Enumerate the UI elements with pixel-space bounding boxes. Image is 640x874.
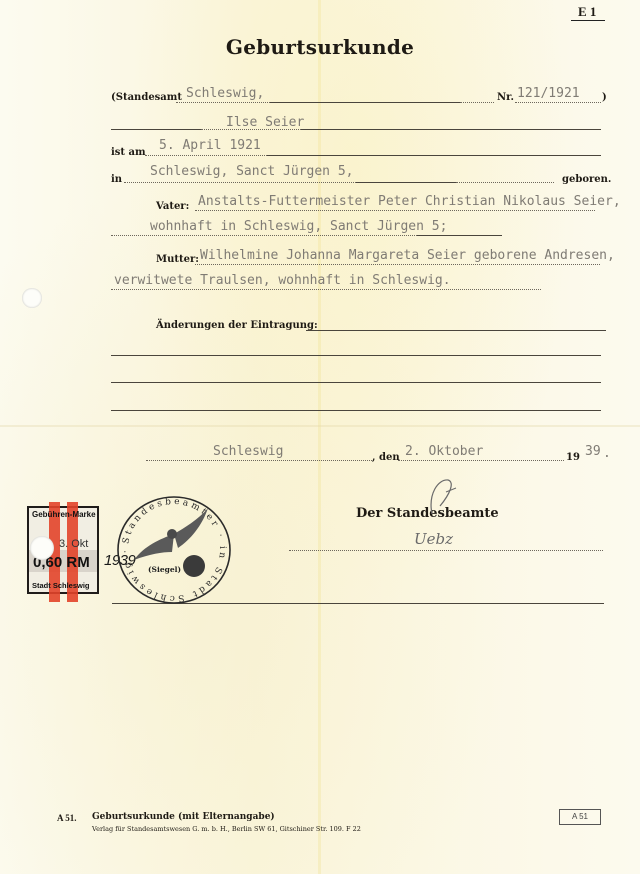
svg-text:Standesbeamter · in Stadt Schl: Standesbeamter · in Stadt Schleswig · bbox=[121, 497, 227, 603]
fee-stamp-header: Gebühren-Marke bbox=[32, 510, 96, 519]
birth-place-value: Schleswig, Sanct Jürgen 5, bbox=[150, 164, 354, 179]
official-seal-icon: Standesbeamter · in Stadt Schleswig · (S… bbox=[110, 494, 238, 606]
form-code-underline bbox=[571, 20, 605, 21]
dotted-rule bbox=[146, 460, 372, 461]
dotted-rule bbox=[460, 102, 494, 103]
child-name-value: Ilse Seier bbox=[226, 115, 304, 130]
signature-dotted-rule bbox=[289, 550, 603, 551]
fee-stamp-cancel-date: 3. Okt bbox=[59, 538, 88, 550]
footer-form-box: A 51 bbox=[559, 809, 601, 825]
dotted-rule bbox=[195, 264, 600, 265]
year-suffix-value: 39 bbox=[585, 444, 601, 459]
registry-office-value: Schleswig, bbox=[186, 86, 264, 101]
year-period: . bbox=[603, 446, 611, 461]
dotted-rule bbox=[124, 182, 356, 183]
rule bbox=[111, 382, 601, 383]
registry-label: (Standesamt bbox=[111, 92, 182, 103]
changes-label: Änderungen der Eintragung: bbox=[156, 320, 318, 331]
dotted-rule bbox=[515, 102, 601, 103]
father-label: Vater: bbox=[156, 201, 189, 212]
rule bbox=[111, 355, 601, 356]
paper-fold-vertical bbox=[318, 0, 321, 874]
issue-place-value: Schleswig bbox=[213, 444, 283, 459]
punch-hole bbox=[22, 288, 42, 308]
registry-number-value: 121/1921 bbox=[517, 86, 580, 101]
issue-date-value: 2. Oktober bbox=[405, 444, 483, 459]
signature-scrawl: Uebz bbox=[414, 530, 453, 548]
rule bbox=[306, 330, 606, 331]
dotted-rule bbox=[111, 235, 417, 236]
dotted-rule bbox=[456, 182, 554, 183]
mother-line2-value: verwitwete Traulsen, wohnhaft in Schlesw… bbox=[114, 273, 451, 288]
fee-stamp-issuer: Stadt Schleswig bbox=[32, 581, 90, 590]
seal-center-label: (Siegel) bbox=[148, 565, 181, 574]
dotted-rule bbox=[398, 460, 564, 461]
punch-hole bbox=[30, 536, 54, 560]
footer-publisher: Verlag für Standesamtswesen G. m. b. H.,… bbox=[92, 825, 361, 833]
mother-line1-value: Wilhelmine Johanna Margareta Seier gebor… bbox=[200, 248, 615, 263]
rule bbox=[356, 182, 456, 183]
dotted-rule bbox=[176, 102, 270, 103]
dotted-rule bbox=[145, 155, 267, 156]
document-title: Geburtsurkunde bbox=[0, 35, 640, 59]
footer-form-number: A 51. bbox=[57, 813, 77, 823]
father-line2-value: wohnhaft in Schleswig, Sanct Jürgen 5; bbox=[150, 219, 447, 234]
den-label: , den bbox=[372, 452, 400, 463]
rule bbox=[267, 155, 601, 156]
footer-form-title: Geburtsurkunde (mit Elternangabe) bbox=[92, 812, 275, 822]
rule bbox=[270, 102, 460, 103]
father-line1-value: Anstalts-Futtermeister Peter Christian N… bbox=[198, 194, 621, 209]
registry-close: ) bbox=[602, 92, 607, 103]
birth-date-label: ist am bbox=[111, 147, 146, 158]
born-suffix: geboren. bbox=[562, 174, 611, 185]
rule bbox=[111, 410, 601, 411]
mother-label: Mutter: bbox=[156, 254, 199, 265]
year-prefix: 19 bbox=[566, 452, 580, 463]
rule bbox=[301, 129, 601, 130]
nr-label: Nr. bbox=[497, 92, 514, 103]
rule bbox=[111, 129, 201, 130]
paper-fold-horizontal bbox=[0, 425, 640, 427]
dotted-rule bbox=[195, 210, 595, 211]
dotted-rule bbox=[201, 129, 301, 130]
dotted-rule bbox=[111, 289, 541, 290]
form-code: E 1 bbox=[578, 4, 596, 20]
birth-place-label: in bbox=[111, 174, 122, 185]
rule bbox=[417, 235, 502, 236]
birth-date-value: 5. April 1921 bbox=[159, 138, 261, 153]
